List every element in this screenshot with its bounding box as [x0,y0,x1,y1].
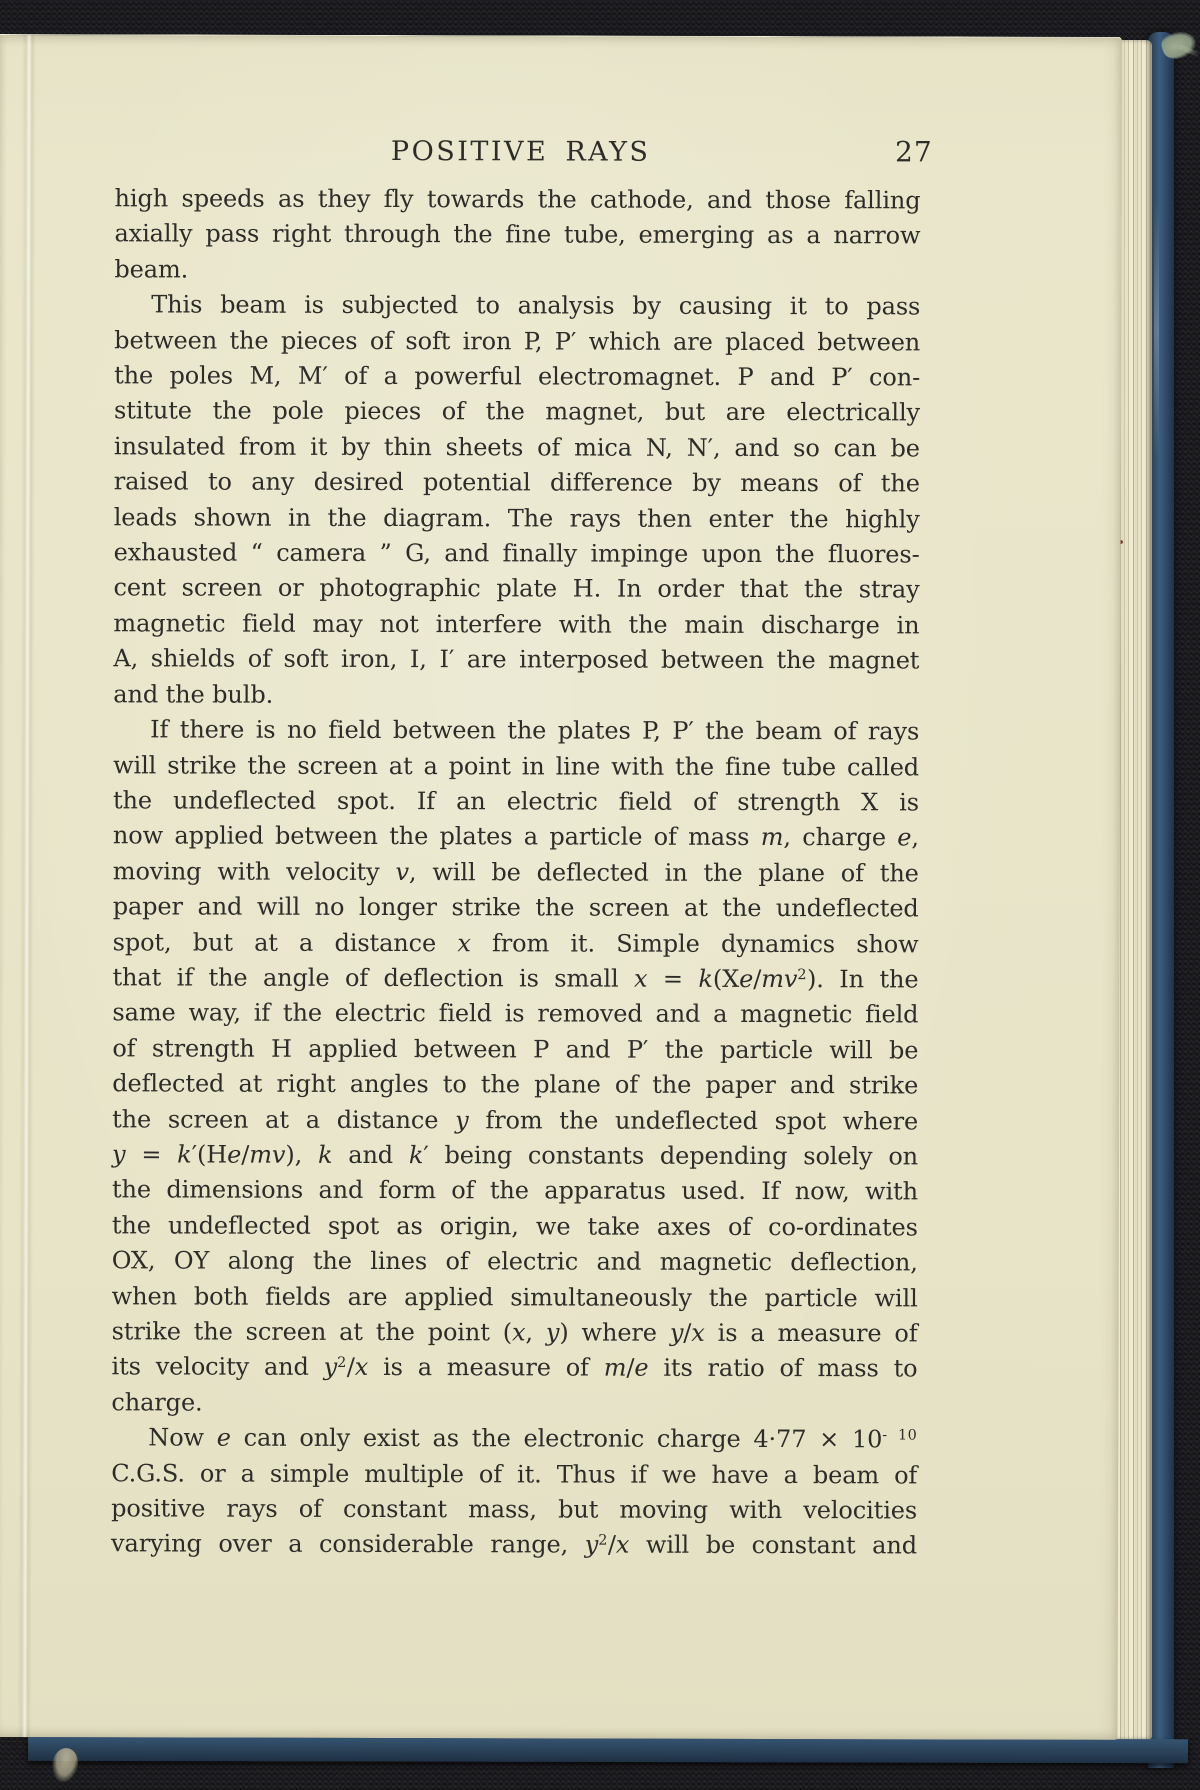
text-line: of strength H applied between P and P′ t… [112,1031,918,1069]
text-line: leads shown in the diagram. The rays the… [114,500,920,538]
text-line: the dimensions and form of the apparatus… [112,1173,918,1211]
text-line: cent screen or photographic plate H. In … [114,571,920,609]
text-line: the poles M, M′ of a powerful electromag… [114,358,920,396]
text-line: now applied between the plates a particl… [113,819,919,857]
text-line: varying over a considerable range, y2/x … [111,1527,917,1565]
text-line: the screen at a distance y from the unde… [112,1102,918,1140]
text-line: its velocity and y2/x is a measure of m/… [111,1350,917,1388]
text-line: high speeds as they fly towards the cath… [115,181,921,219]
paragraph: If there is no field between the plates … [111,712,919,1422]
text-line: the undeflected spot. If an electric fie… [113,783,919,821]
text-line: OX, OY along the lines of electric and m… [112,1243,918,1281]
page-number: 27 [895,135,933,168]
text-line: magnetic field may not interfere with th… [113,606,919,644]
text-line: This beam is subjected to analysis by ca… [114,288,920,326]
text-line: y = k′(He/mv), k and k′ being constants … [112,1137,918,1175]
book-photograph: POSITIVE RAYS 27 high speeds as they fly… [0,0,1200,1790]
page-crease [18,35,36,1737]
paragraph: high speeds as they fly towards the cath… [114,181,920,289]
text-line: stitute the pole pieces of the magnet, b… [114,394,920,432]
text-line: spot, but at a distance x from it. Simpl… [113,925,919,963]
text-line: paper and will no longer strike the scre… [113,889,919,927]
text-line: raised to any desired potential differen… [114,465,920,503]
text-line: and the bulb. [113,677,919,715]
body-text: high speeds as they fly towards the cath… [111,181,921,1564]
book-cover-bottom-edge [28,1737,1188,1763]
text-line: insulated from it by thin sheets of mica… [114,429,920,467]
text-line: strike the screen at the point (x, y) wh… [112,1314,918,1352]
running-head: POSITIVE RAYS [115,135,927,168]
paragraph: This beam is subjected to analysis by ca… [113,288,920,715]
text-line: beam. [114,252,920,290]
paragraph: Now e can only exist as the electronic c… [111,1421,917,1565]
text-line: C.G.S. or a simple multiple of it. Thus … [111,1456,917,1494]
text-line: same way, if the electric field is remov… [112,996,918,1034]
text-line: Now e can only exist as the electronic c… [111,1421,917,1459]
text-line: between the pieces of soft iron P, P′ wh… [114,323,920,361]
text-line: the undeflected spot as origin, we take … [112,1208,918,1246]
text-line: moving with velocity v, will be deflecte… [113,854,919,892]
book-page: POSITIVE RAYS 27 high speeds as they fly… [0,34,1122,1740]
text-line: positive rays of constant mass, but movi… [111,1491,917,1529]
spine-highlight [1154,200,1159,460]
text-line: axially pass right through the fine tube… [114,217,920,255]
text-line: when both fields are applied simultaneou… [112,1279,918,1317]
text-line: charge. [111,1385,917,1423]
running-head-row: POSITIVE RAYS 27 [115,135,927,177]
text-line: that if the angle of deflection is small… [112,960,918,998]
text-line: If there is no field between the plates … [113,712,919,750]
text-line: exhausted “ camera ” G, and finally impi… [114,535,920,573]
text-line: will strike the screen at a point in lin… [113,748,919,786]
text-line: A, shields of soft iron, I, I′ are inter… [113,642,919,680]
text-line: deflected at right angles to the plane o… [112,1066,918,1104]
